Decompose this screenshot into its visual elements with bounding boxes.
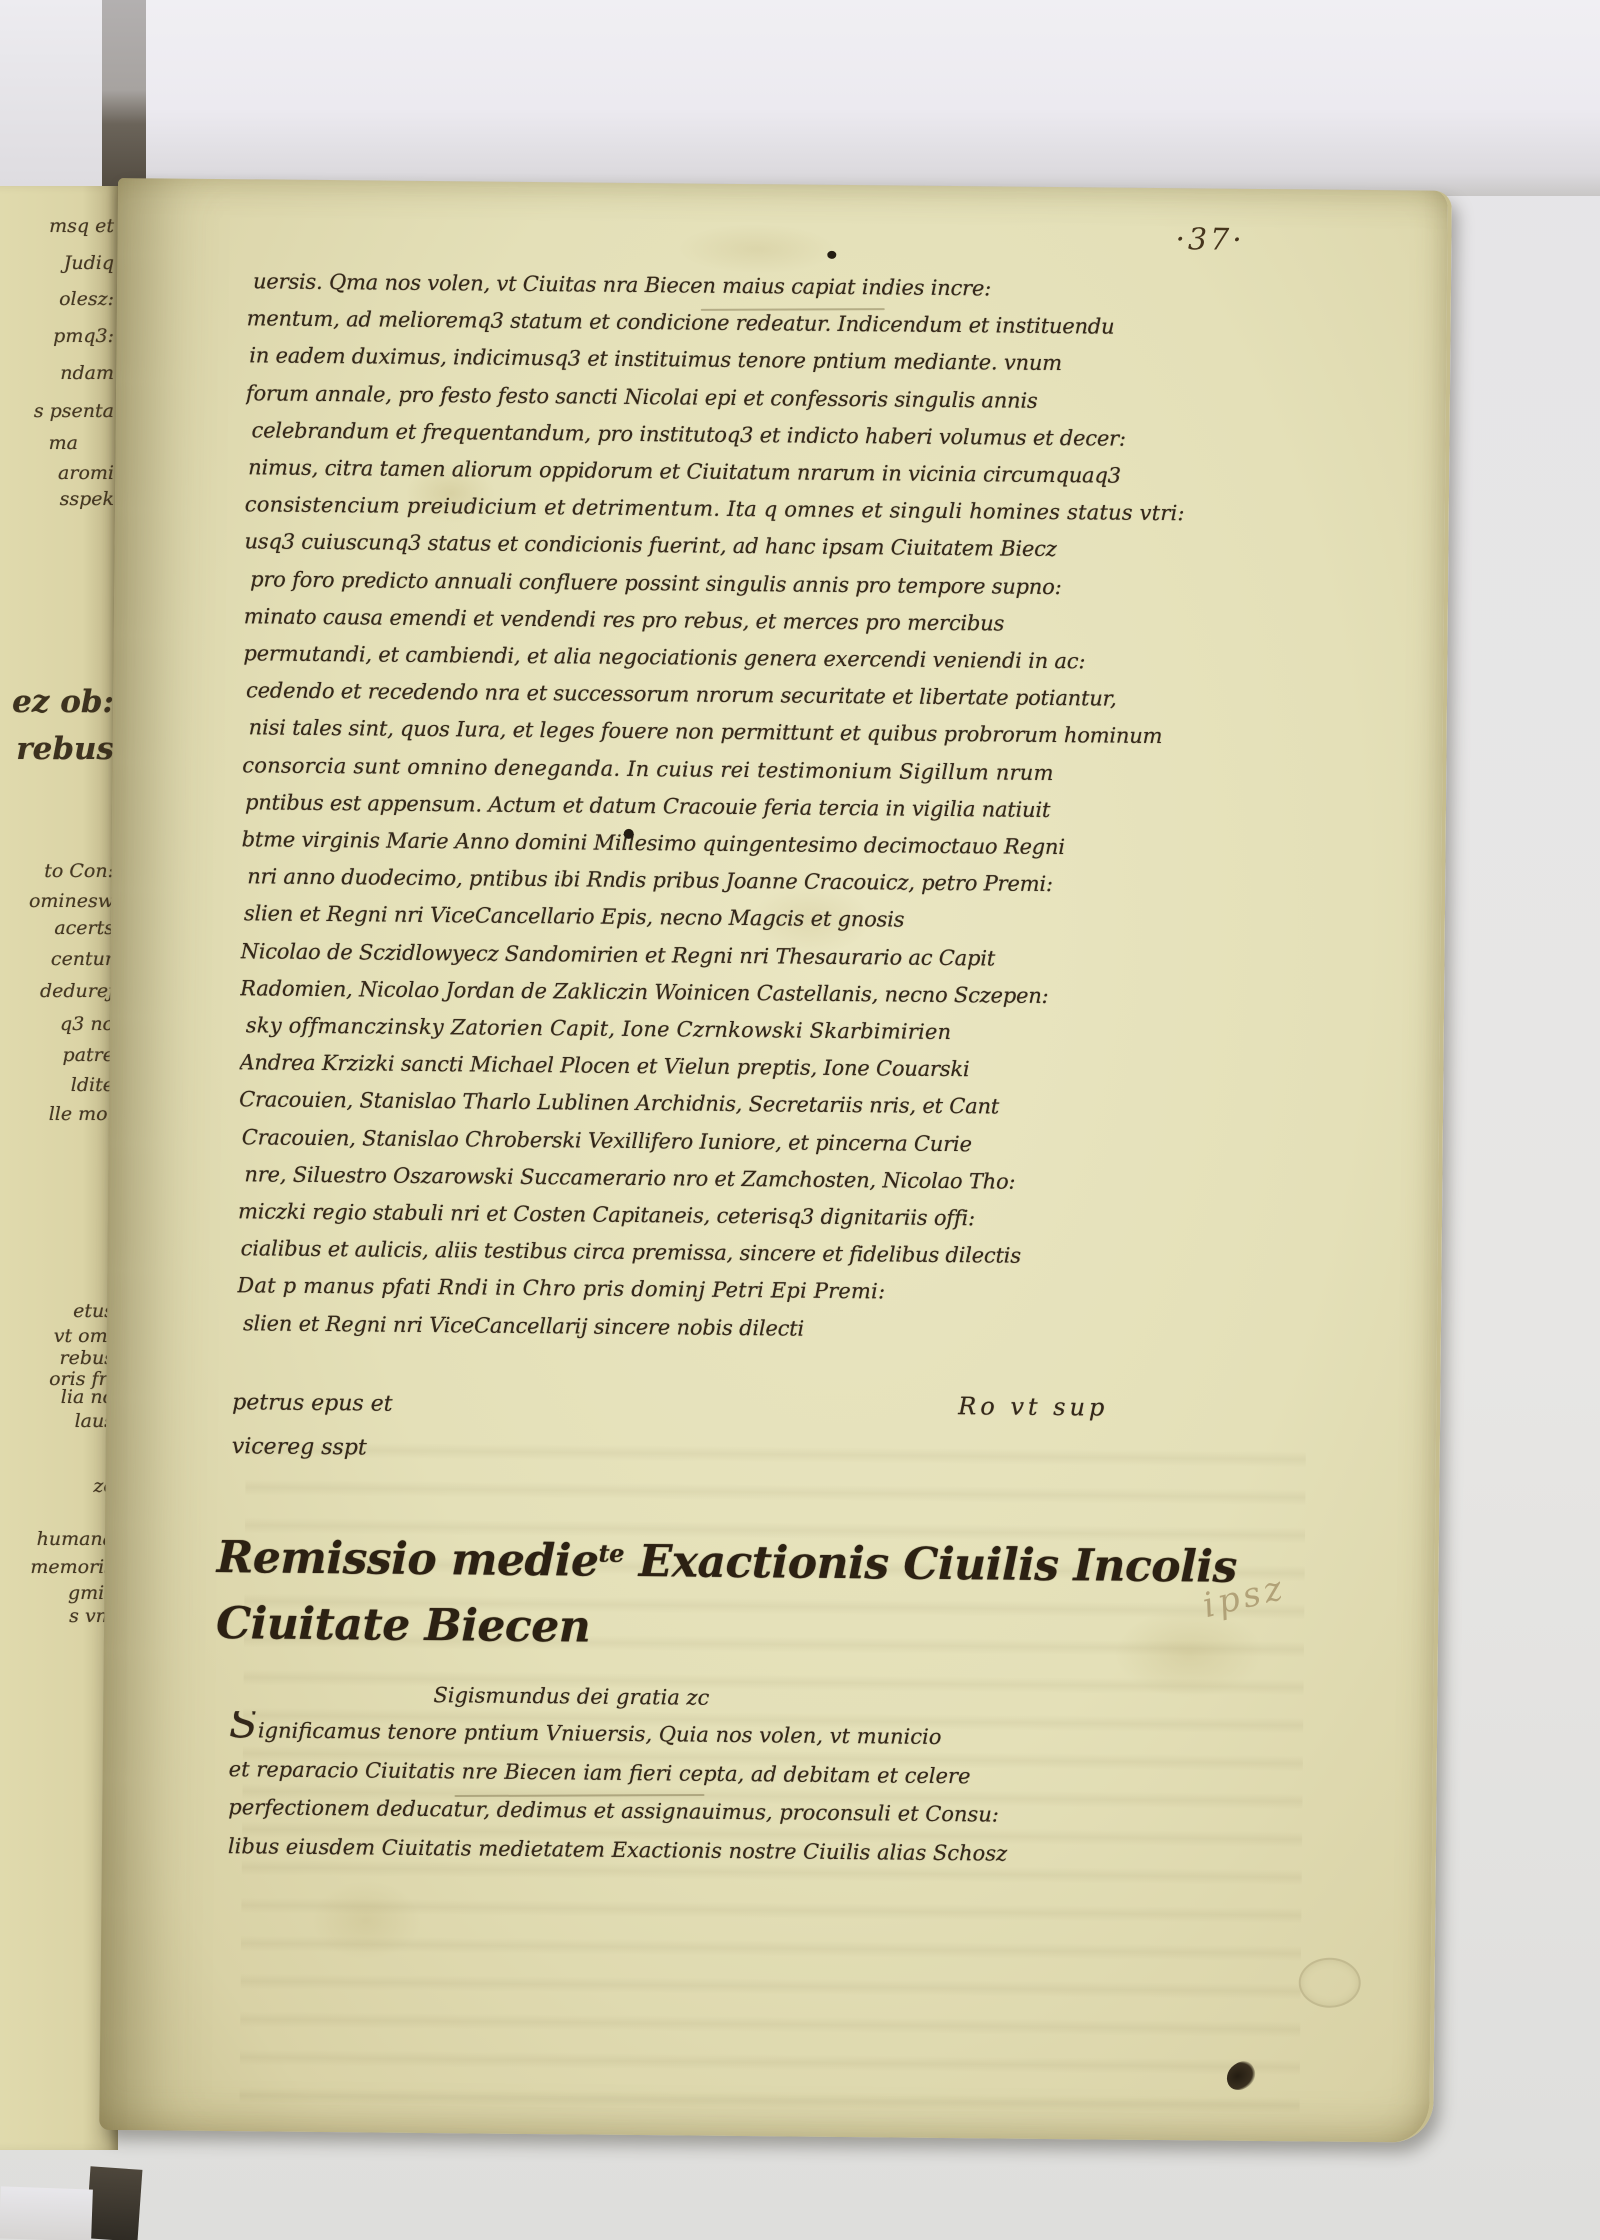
- relation-note: Ro vt sup: [958, 1392, 1108, 1421]
- interleaf-sheet-bottom: [0, 2186, 93, 2240]
- ink-spot: [827, 251, 836, 259]
- page-number: ·37·: [1175, 222, 1245, 258]
- main-text: uersis. Qma nos volen, vt Ciuitas nra Bi…: [237, 263, 1195, 1351]
- heading-text: Remissio medie: [217, 1532, 599, 1587]
- interleaf-sheet-top: [0, 0, 1600, 196]
- page-fragment: ndam: [60, 362, 114, 384]
- blind-stamp: [1298, 1957, 1360, 2008]
- page-fragment: ominesw: [29, 890, 114, 912]
- page-fragment: sspek: [60, 488, 114, 510]
- page-fragment: ldite: [71, 1074, 114, 1096]
- page-fragment: acerts: [54, 917, 114, 939]
- royal-intitulation: Sigismundus dei gratia zc: [433, 1683, 709, 1710]
- ink-blot: [1222, 2057, 1261, 2094]
- binding-tape: [102, 0, 146, 200]
- body-paragraph: Significamus tenore pntium Vniuersis, Qu…: [228, 1711, 1189, 1874]
- text-line: libus eiusdem Ciuitatis medietatem Exact…: [228, 1827, 1188, 1875]
- manuscript-page: ·37· uersis. Qma nos volen, vt Ciuitas n…: [99, 178, 1452, 2143]
- page-fragment: to Con:: [44, 860, 114, 882]
- signature-line: petrus epus et: [232, 1381, 393, 1427]
- interleaf-sheet-left: [0, 0, 104, 200]
- chancery-signature: petrus epus et vicereg sspt: [232, 1381, 393, 1471]
- heading-text: Ciuitate Biecen: [216, 1591, 1317, 1668]
- binding-tape: [86, 2166, 143, 2240]
- heading-superscript: te: [598, 1539, 624, 1568]
- page-fragment: ma: [49, 432, 78, 454]
- page-fragment: olesz:: [59, 288, 114, 310]
- page-fragment: memoris: [30, 1556, 114, 1578]
- previous-page-edge: msq et Judiq olesz: pmq3: ndam s psenta …: [0, 186, 118, 2150]
- page-fragment: humana: [37, 1528, 114, 1550]
- page-fragment: centur: [51, 948, 114, 970]
- page-fragment: dedurej: [40, 980, 114, 1002]
- page-fragment: rebus: [16, 731, 114, 767]
- stain: [311, 1880, 422, 1961]
- heading-text: Exactionis Ciuilis Incolis: [624, 1536, 1237, 1593]
- page-fragment: s psenta: [34, 400, 114, 422]
- page-fragment: q3 no: [60, 1013, 114, 1035]
- text-line: slien et Regni nri ViceCancellarij since…: [243, 1305, 1185, 1351]
- signature-line: vicereg sspt: [232, 1425, 393, 1471]
- section-heading: Remissio mediete Exactionis Ciuilis Inco…: [216, 1517, 1317, 1668]
- page-fragment: ez ob:: [12, 684, 114, 720]
- page-fragment: patre: [63, 1044, 114, 1066]
- page-fragment: lle mo:: [49, 1103, 114, 1125]
- page-fragment: vt om:: [54, 1325, 114, 1347]
- ink-spot: [624, 829, 634, 839]
- page-fragment: pmq3:: [53, 325, 114, 347]
- scanned-manuscript-view: msq et Judiq olesz: pmq3: ndam s psenta …: [0, 0, 1600, 2240]
- page-fragment: msq et: [49, 215, 114, 237]
- page-fragment: aromi: [58, 462, 114, 484]
- page-fragment: Judiq: [64, 252, 114, 274]
